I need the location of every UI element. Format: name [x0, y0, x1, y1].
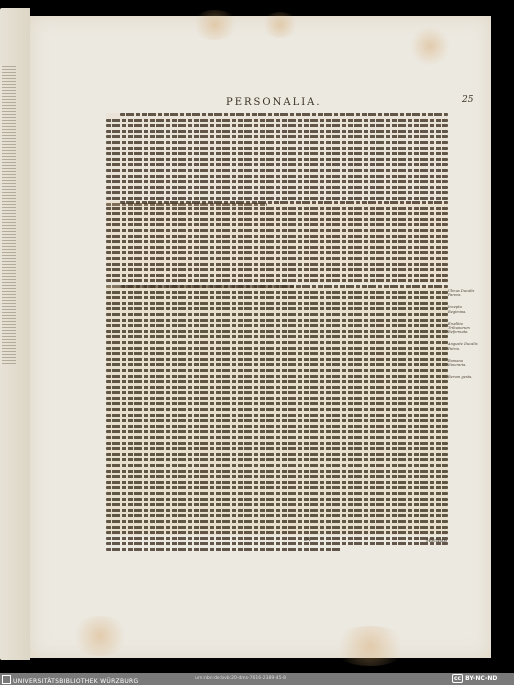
- text-line: [106, 218, 448, 221]
- text-block-regency: [106, 285, 448, 535]
- text-line: [106, 408, 448, 411]
- text-line: [106, 257, 448, 260]
- margin-note: Rerum gesta.: [448, 375, 480, 379]
- body-text: [106, 113, 448, 536]
- urn-identifier[interactable]: urn:nbn:de:bvb:20-dms-7616-2389-45-8: [195, 676, 286, 681]
- text-line: [106, 307, 448, 310]
- facing-page-text: [2, 66, 16, 366]
- license-badge[interactable]: ccBY-NC-ND: [452, 675, 497, 682]
- text-line: [106, 520, 448, 523]
- viewer-footer: UNIVERSITÄTSBIBLIOTHEK WÜRZBURG urn:nbn:…: [0, 673, 514, 685]
- text-line: [106, 537, 448, 540]
- foxing-stain: [190, 10, 240, 40]
- text-line: [106, 542, 448, 545]
- text-line: [106, 531, 448, 534]
- book-page: PERSONALIA. 25 Ulmus Ducalis Parens. Inc…: [30, 16, 491, 658]
- text-line: [106, 319, 448, 322]
- text-line: [106, 458, 448, 461]
- text-line: [106, 158, 448, 161]
- text-line: [106, 296, 448, 299]
- text-line: [106, 347, 448, 350]
- text-line: [106, 235, 448, 238]
- text-line: [106, 251, 448, 254]
- text-line: [106, 442, 448, 445]
- text-line: [106, 330, 448, 333]
- text-line: [106, 402, 448, 405]
- text-line: [106, 212, 448, 215]
- foxing-stain: [70, 616, 130, 656]
- text-line: [106, 425, 448, 428]
- text-line: [106, 470, 448, 473]
- text-line: [106, 180, 448, 183]
- text-block-genealogy: [106, 113, 448, 199]
- text-line: [106, 447, 448, 450]
- margin-note: Eruditio Tribunorum Reformata.: [448, 322, 480, 335]
- library-logo-icon: [2, 675, 11, 684]
- text-line: [106, 130, 448, 133]
- text-line: [106, 291, 448, 294]
- text-line: [106, 175, 448, 178]
- text-line: [106, 152, 448, 155]
- text-line: [106, 363, 448, 366]
- text-line: [106, 486, 448, 489]
- text-line: [106, 375, 448, 378]
- text-block-marriage: [106, 201, 448, 283]
- foxing-stain: [410, 26, 450, 66]
- text-line: [106, 324, 448, 327]
- text-line: [120, 285, 448, 288]
- text-line: [106, 240, 448, 243]
- text-line: [106, 453, 448, 456]
- text-line: [106, 526, 448, 529]
- text-line: [106, 492, 448, 495]
- text-line: [106, 268, 448, 271]
- text-line: [106, 141, 448, 144]
- text-line: [106, 279, 448, 282]
- margin-note: Incepta Regimina.: [448, 305, 480, 313]
- text-line: [120, 113, 448, 116]
- text-line: [106, 124, 448, 127]
- text-line: [120, 201, 448, 204]
- text-line: [106, 380, 448, 383]
- text-line: [106, 163, 448, 166]
- text-line: [106, 414, 448, 417]
- text-line: [106, 481, 448, 484]
- text-line: [106, 503, 448, 506]
- text-line: [106, 341, 448, 344]
- text-line: [106, 313, 448, 316]
- text-line: [106, 358, 448, 361]
- text-line: [106, 475, 448, 478]
- text-line: [106, 397, 448, 400]
- text-line: [106, 419, 448, 422]
- text-line: [106, 274, 448, 277]
- text-line: [106, 147, 448, 150]
- foxing-stain: [260, 12, 300, 38]
- text-line: [106, 135, 448, 138]
- text-line: [106, 246, 448, 249]
- text-line: [106, 229, 448, 232]
- text-line: [106, 498, 448, 501]
- margin-note: Anguste Ducalis Patria.: [448, 342, 480, 350]
- facing-page-edge: [0, 8, 30, 660]
- text-line: [106, 436, 448, 439]
- creative-commons-icon: cc: [452, 674, 463, 683]
- text-line: [106, 119, 448, 122]
- foxing-stain: [330, 626, 410, 666]
- catchword: Höchste: [426, 538, 447, 544]
- text-line: [106, 430, 448, 433]
- text-line: [106, 514, 448, 517]
- text-line: [106, 197, 448, 200]
- institution-name: UNIVERSITÄTSBIBLIOTHEK WÜRZBURG: [13, 678, 138, 685]
- text-line: [106, 207, 448, 210]
- text-line: [106, 186, 448, 189]
- text-line: [106, 302, 448, 305]
- page-number: 25: [462, 95, 473, 105]
- text-line: [106, 386, 448, 389]
- text-line: [106, 263, 448, 266]
- text-line: [106, 464, 448, 467]
- signature-mark: D1: [304, 537, 311, 543]
- running-head-title: PERSONALIA.: [226, 97, 322, 108]
- text-line: [106, 223, 448, 226]
- text-line: [106, 369, 448, 372]
- running-header: PERSONALIA. 25: [30, 97, 491, 111]
- text-line: [106, 352, 448, 355]
- text-line: [106, 548, 342, 551]
- margin-notes: Ulmus Ducalis Parens. Incepta Regimina. …: [448, 289, 480, 387]
- text-line: [106, 335, 448, 338]
- text-line: [106, 191, 448, 194]
- license-label: BY-NC-ND: [465, 675, 497, 682]
- margin-note: Ulmus Ducalis Parens.: [448, 289, 480, 297]
- institution-logo[interactable]: UNIVERSITÄTSBIBLIOTHEK WÜRZBURG: [2, 675, 138, 685]
- text-line: [106, 391, 448, 394]
- text-line: [106, 509, 448, 512]
- text-line: [106, 169, 448, 172]
- margin-note: Romana Itineraria.: [448, 359, 480, 367]
